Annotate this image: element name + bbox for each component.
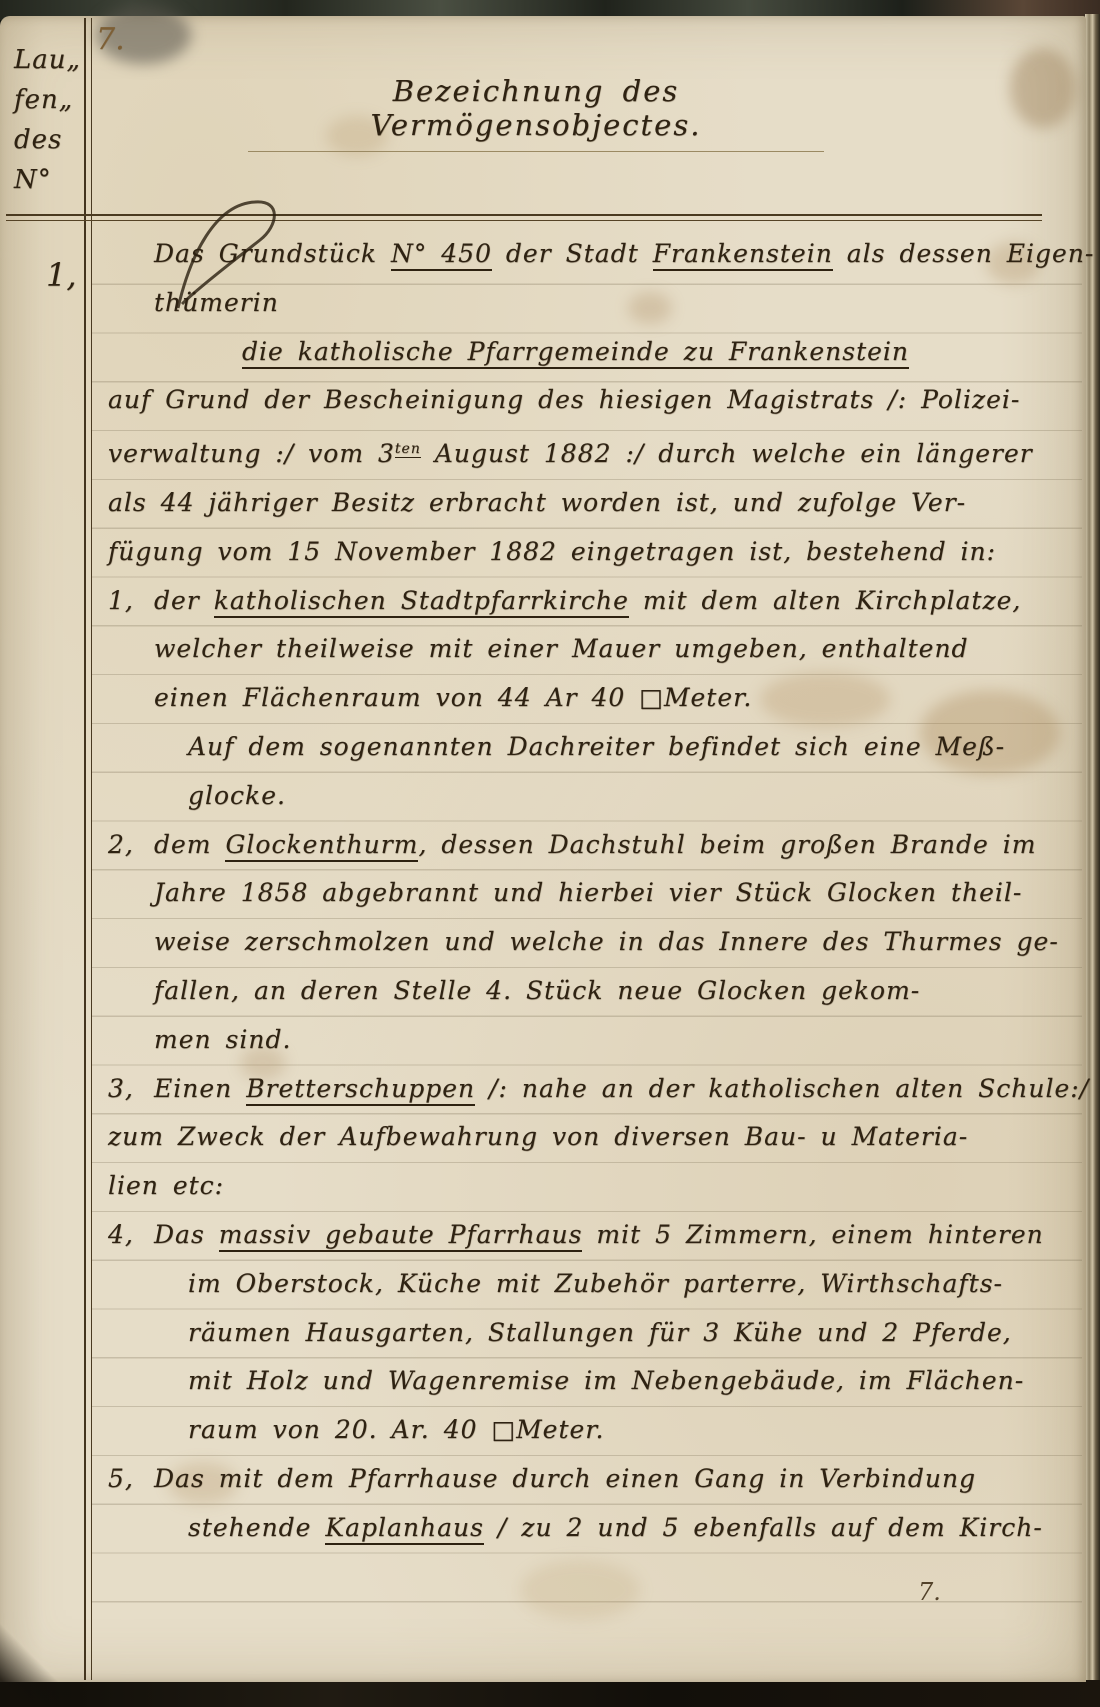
manuscript-line: verwaltung :/ vom 3ten August 1882 :/ du… bbox=[92, 425, 1084, 479]
line-segment: weise zerschmolzen und welche in das Inn… bbox=[154, 927, 1059, 956]
line-segment: massiv gebaute Pfarrhaus bbox=[219, 1220, 583, 1252]
line-segment: im Oberstock, Küche mit Zubehör parterre… bbox=[188, 1269, 1003, 1298]
margin-column-header: Lau„ fen„ des N° bbox=[14, 40, 81, 200]
manuscript-line: glocke. bbox=[92, 772, 1084, 821]
folio-number-bottom: 7. bbox=[918, 1578, 941, 1606]
book-edge-bottom bbox=[0, 1680, 1100, 1707]
item-number: 4, bbox=[108, 1211, 154, 1260]
manuscript-line: 3,Einen Bretterschuppen /: nahe an der k… bbox=[92, 1065, 1084, 1114]
margin-entry-number: 1, bbox=[46, 256, 77, 294]
manuscript-line: als 44 jähriger Besitz erbracht worden i… bbox=[92, 479, 1084, 528]
manuscript-line: men sind. bbox=[92, 1016, 1084, 1065]
manuscript-line: mit Holz und Wagenremise im Nebengebäude… bbox=[92, 1357, 1084, 1406]
line-segment: raum von 20. Ar. 40 □Meter. bbox=[188, 1415, 604, 1444]
line-segment: als dessen Eigen- bbox=[833, 239, 1095, 268]
line-segment: Kaplanhaus bbox=[325, 1513, 484, 1545]
manuscript-line: stehende Kaplanhaus / zu 2 und 5 ebenfal… bbox=[92, 1504, 1084, 1553]
line-segment: ten bbox=[395, 441, 421, 458]
line-segment: der bbox=[154, 586, 214, 615]
manuscript-line: zum Zweck der Aufbewahrung von diversen … bbox=[92, 1113, 1084, 1162]
manuscript-line: 5,Das mit dem Pfarrhause durch einen Gan… bbox=[92, 1455, 1084, 1504]
item-number: 3, bbox=[108, 1065, 154, 1114]
manuscript-line: 2,dem Glockenthurm, dessen Dachstuhl bei… bbox=[92, 821, 1084, 870]
line-segment: welcher theilweise mit einer Mauer umgeb… bbox=[154, 634, 969, 663]
manuscript-line: weise zerschmolzen und welche in das Inn… bbox=[92, 918, 1084, 967]
manuscript-line: im Oberstock, Küche mit Zubehör parterre… bbox=[92, 1260, 1084, 1309]
scanned-register-page: Lau„ fen„ des N° 7. Bezeichnung des Verm… bbox=[0, 0, 1100, 1707]
manuscript-line: welcher theilweise mit einer Mauer umgeb… bbox=[92, 625, 1084, 674]
margin-header-word: N° bbox=[14, 160, 81, 200]
line-segment: mit dem alten Kirchplatze, bbox=[629, 586, 1021, 615]
line-segment: dem bbox=[154, 830, 225, 859]
line-segment: Das bbox=[154, 1220, 219, 1249]
line-segment: mit 5 Zimmern, einem hinteren bbox=[582, 1220, 1043, 1249]
margin-divider-rule bbox=[84, 18, 92, 1680]
margin-header-word: Lau„ bbox=[14, 40, 81, 80]
item-number: 1, bbox=[108, 577, 154, 626]
line-segment: Frankenstein bbox=[653, 239, 833, 271]
line-segment: , dessen Dachstuhl beim großen Brande im bbox=[418, 830, 1036, 859]
line-segment: August 1882 :/ durch welche ein längerer bbox=[421, 439, 1033, 468]
line-segment: Auf dem sogenannten Dachreiter befindet … bbox=[188, 732, 1005, 761]
margin-header-word: fen„ bbox=[14, 80, 81, 120]
manuscript-line: fallen, an deren Stelle 4. Stück neue Gl… bbox=[92, 967, 1084, 1016]
line-segment: Bretterschuppen bbox=[246, 1074, 475, 1106]
line-segment: mit Holz und Wagenremise im Nebengebäude… bbox=[188, 1366, 1024, 1395]
manuscript-line: lien etc: bbox=[92, 1162, 1084, 1211]
manuscript-body: Das Grundstück N° 450 der Stadt Frankens… bbox=[92, 230, 1084, 1553]
manuscript-line: Auf dem sogenannten Dachreiter befindet … bbox=[92, 723, 1084, 772]
line-segment: lien etc: bbox=[108, 1171, 224, 1200]
item-number: 2, bbox=[108, 821, 154, 870]
line-segment: /: nahe an der katholischen alten Schule… bbox=[475, 1074, 1089, 1103]
manuscript-line: Jahre 1858 abgebrannt und hierbei vier S… bbox=[92, 869, 1084, 918]
line-segment: / zu 2 und 5 ebenfalls auf dem Kirch- bbox=[484, 1513, 1043, 1542]
line-segment: Das mit dem Pfarrhause durch einen Gang … bbox=[154, 1464, 976, 1493]
line-segment: Glockenthurm bbox=[225, 830, 418, 862]
line-segment: katholischen Stadtpfarrkirche bbox=[214, 586, 629, 618]
line-segment: fallen, an deren Stelle 4. Stück neue Gl… bbox=[154, 976, 920, 1005]
line-segment: einen Flächenraum von 44 Ar 40 □Meter. bbox=[154, 683, 752, 712]
manuscript-line: thümerin bbox=[92, 279, 1084, 328]
item-number: 5, bbox=[108, 1455, 154, 1504]
line-segment: glocke. bbox=[188, 781, 286, 810]
margin-header-word: des bbox=[14, 120, 81, 160]
line-segment: verwaltung :/ vom 3 bbox=[108, 439, 395, 468]
manuscript-line: die katholische Pfarrgemeinde zu Franken… bbox=[92, 328, 1084, 377]
folio-number-top: 7. bbox=[96, 22, 125, 57]
line-segment: fügung vom 15 November 1882 eingetragen … bbox=[108, 537, 996, 566]
line-segment: stehende bbox=[188, 1513, 325, 1542]
manuscript-line: 4,Das massiv gebaute Pfarrhaus mit 5 Zim… bbox=[92, 1211, 1084, 1260]
manuscript-line: auf Grund der Bescheinigung des hiesigen… bbox=[92, 376, 1084, 425]
stain bbox=[1010, 48, 1076, 128]
manuscript-line: Das Grundstück N° 450 der Stadt Frankens… bbox=[92, 230, 1084, 279]
line-segment: Jahre 1858 abgebrannt und hierbei vier S… bbox=[154, 878, 1022, 907]
stain bbox=[520, 1560, 640, 1620]
manuscript-line: 1,der katholischen Stadtpfarrkirche mit … bbox=[92, 577, 1084, 626]
binding-shadow bbox=[0, 1590, 70, 1707]
line-segment: auf Grund der Bescheinigung des hiesigen… bbox=[108, 385, 1020, 414]
line-segment: thümerin bbox=[154, 288, 279, 317]
page-title: Bezeichnung des Vermögensobjectes. bbox=[248, 74, 824, 152]
manuscript-line: fügung vom 15 November 1882 eingetragen … bbox=[92, 528, 1084, 577]
line-segment: men sind. bbox=[154, 1025, 291, 1054]
line-segment: als 44 jähriger Besitz erbracht worden i… bbox=[108, 488, 966, 517]
line-segment: Das Grundstück bbox=[154, 239, 391, 268]
line-segment: N° 450 bbox=[391, 239, 492, 271]
line-segment: die katholische Pfarrgemeinde zu Franken… bbox=[242, 337, 909, 369]
manuscript-line: einen Flächenraum von 44 Ar 40 □Meter. bbox=[92, 674, 1084, 723]
line-segment: räumen Hausgarten, Stallungen für 3 Kühe… bbox=[188, 1318, 1012, 1347]
line-segment: der Stadt bbox=[492, 239, 653, 268]
line-segment: Einen bbox=[154, 1074, 246, 1103]
line-segment: zum Zweck der Aufbewahrung von diversen … bbox=[108, 1122, 968, 1151]
manuscript-line: räumen Hausgarten, Stallungen für 3 Kühe… bbox=[92, 1309, 1084, 1358]
manuscript-line: raum von 20. Ar. 40 □Meter. bbox=[92, 1406, 1084, 1455]
